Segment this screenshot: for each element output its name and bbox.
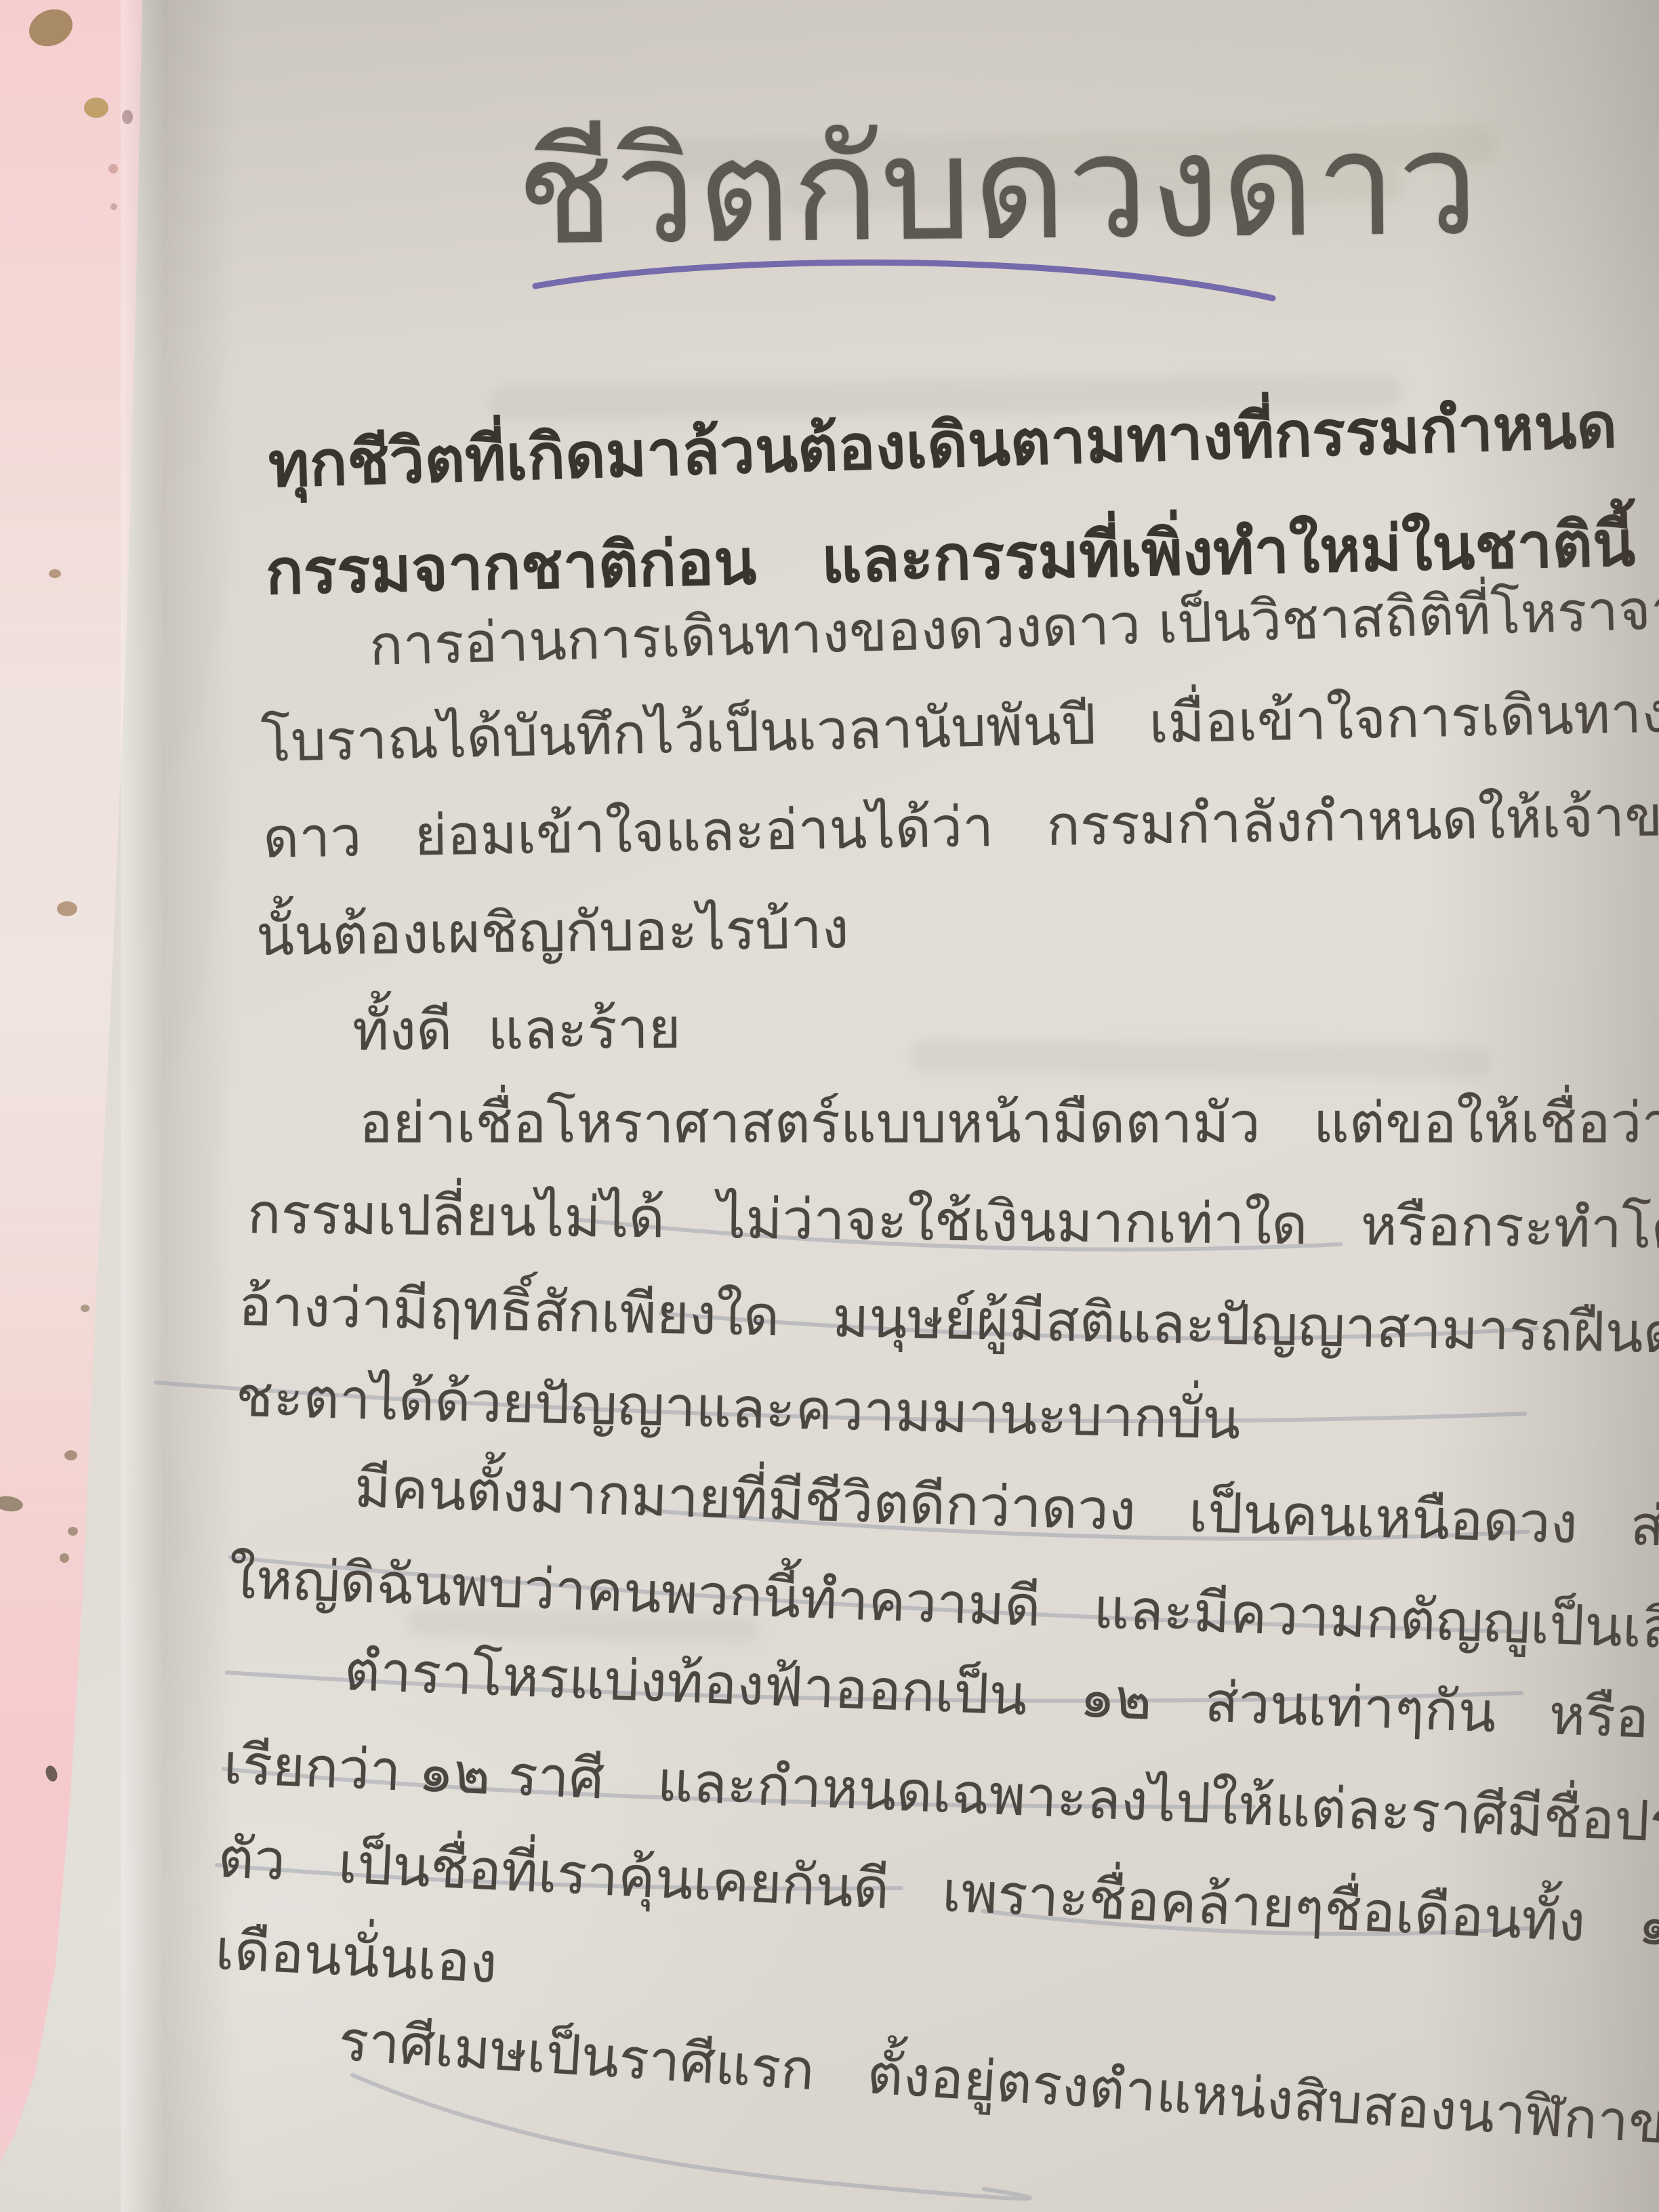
- text-line: อย่าเชื่อโหราศาสตร์แบบหน้ามืดตามัว แต่ขอ…: [359, 1079, 1659, 1167]
- text-line: ราศีเมษเป็นราศีแรก ตั้งอยู่ตรงตำแหน่งสิบ…: [336, 1996, 1659, 2172]
- pink-speck: [108, 164, 118, 173]
- text-line: ทุกชีวิตที่เกิดมาล้วนต้องเดินตามทางที่กร…: [267, 370, 1659, 514]
- gold-speck: [81, 1305, 89, 1312]
- gold-speck: [49, 569, 61, 578]
- text-line: กรรมเปลี่ยนไม่ได้ ไม่ว่าจะใช้เงินมากเท่า…: [247, 1170, 1659, 1274]
- text-line: ดาว ย่อมเข้าใจและอ่านได้ว่า กรรมกำลังกำห…: [262, 769, 1659, 882]
- gold-speck: [84, 98, 108, 118]
- pink-cover-edge: [0, 0, 156, 2212]
- mauve-speck: [122, 110, 133, 124]
- text-line: เดือนนั่นเอง: [213, 1906, 499, 2007]
- book-page-photo: ชีวิตกับดวงดาว ทุกชีวิตที่เกิดมาล้วนต้อง…: [0, 0, 1659, 2212]
- gold-speck: [57, 901, 77, 916]
- text-line: นั้นต้องเผชิญกับอะไรบ้าง: [255, 884, 849, 980]
- gold-speck: [60, 1553, 69, 1563]
- showthrough-streak: [908, 1039, 1491, 1079]
- chapter-title: ชีวิตกับดวงดาว: [515, 68, 1481, 307]
- text-line: ทั้งดี และร้าย: [352, 985, 682, 1075]
- pink-speck: [110, 203, 117, 210]
- gold-speck: [64, 1450, 77, 1460]
- gold-speck: [68, 1527, 78, 1536]
